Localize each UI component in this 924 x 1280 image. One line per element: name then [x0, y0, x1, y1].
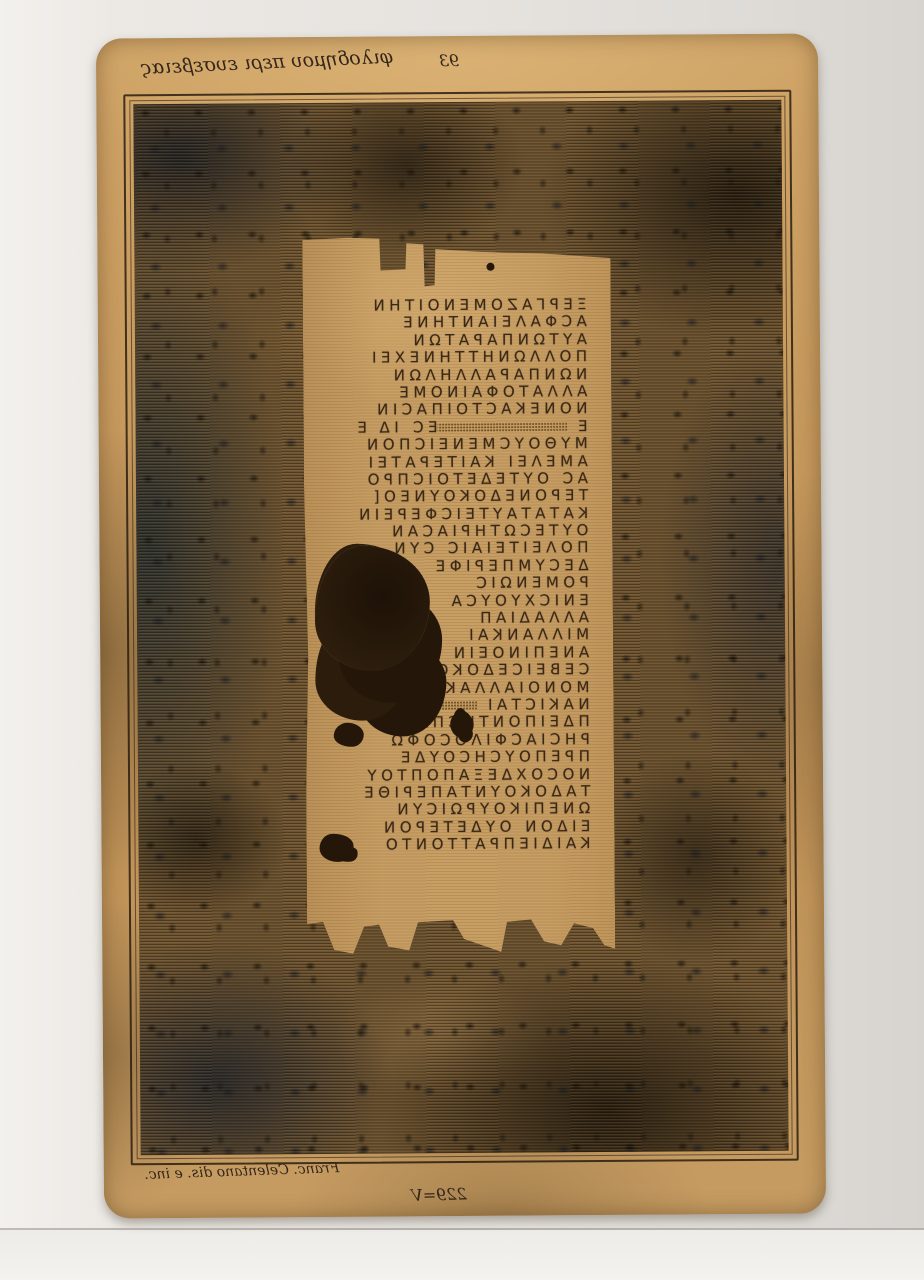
table-edge-line — [0, 1228, 924, 1230]
page-number-inscription: 93 — [432, 51, 466, 70]
aquatint-field: ΞΕΡΓΑΖΟΜΕΝΟΙΤΗΝΑϹΦΑΛΕΙΑΝΤΗΝΕΑΥΤΩΝΠΑΡΑΤΩΝ… — [133, 100, 788, 1155]
ink-blot-small — [319, 834, 353, 862]
title-inscription: φιλοδημου περι ευσεβειας — [111, 44, 424, 80]
ink-blot-dot — [486, 263, 494, 271]
greek-text-line: ΝΟΝΕΚΑϹΤΟΙΠΑϹΙΝ — [317, 400, 587, 419]
photo-background: φιλοδημου περι ευσεβειας 93 ΞΕΡΓΑΖΟΜΕΝΟΙ… — [0, 0, 924, 1280]
plate-number-inscription: 229=V — [402, 1184, 477, 1205]
copper-plate: φιλοδημου περι ευσεβειας 93 ΞΕΡΓΑΖΟΜΕΝΟΙ… — [96, 33, 826, 1218]
papyrus-fragment: ΞΕΡΓΑΖΟΜΕΝΟΙΤΗΝΑϹΦΑΛΕΙΑΝΤΗΝΕΑΥΤΩΝΠΑΡΑΤΩΝ… — [302, 234, 615, 956]
ink-blot-medium — [334, 723, 364, 747]
greek-text-line: ΚΑΙΔΙΕΠΡΑΤΤΟΝΤΟ — [320, 835, 590, 854]
